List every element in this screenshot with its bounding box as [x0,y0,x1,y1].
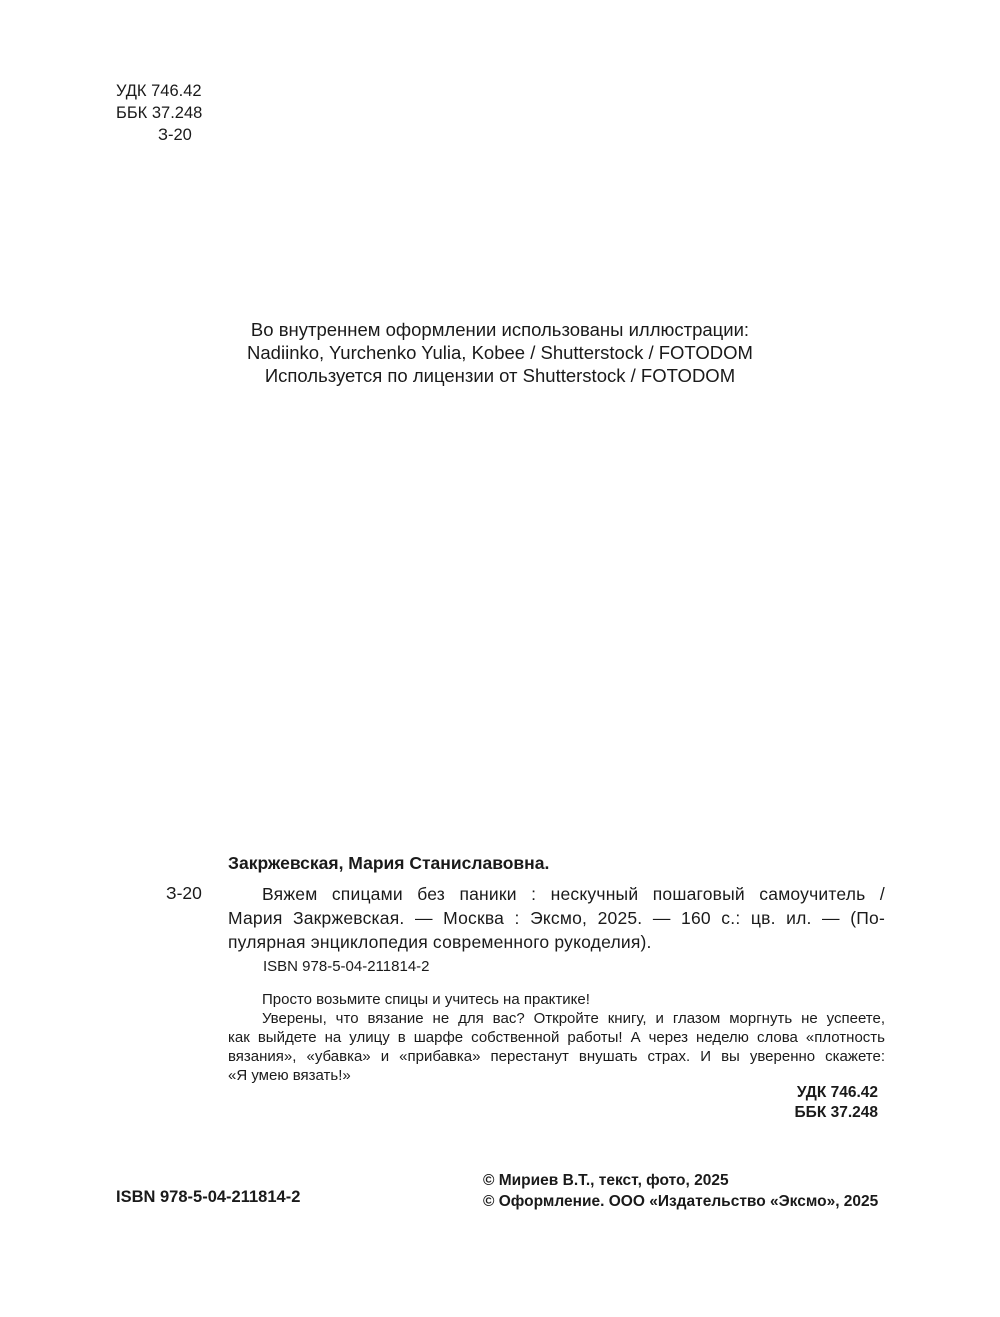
annotation-line: как выйдете на улицу в шарфе собственной… [228,1028,885,1047]
annotation-line: Просто возьмите спицы и учитесь на практ… [228,990,885,1009]
classification-codes-top: УДК 746.42 ББК 37.248 З-20 [116,80,202,146]
udk-code: УДК 746.42 [116,80,202,102]
classification-codes-bottom: УДК 746.42 ББК 37.248 [795,1083,878,1123]
record-line: Вяжем спицами без паники : нескучный пош… [228,882,885,906]
annotation-line: Уверены, что вязание не для вас? Откройт… [228,1009,885,1028]
footer-isbn: ISBN 978-5-04-211814-2 [116,1188,300,1207]
record-line: пулярная энциклопедия современного рукод… [228,930,885,954]
author-heading: Закржевская, Мария Станиславовна. [228,852,549,874]
credits-line: Используется по лицензии от Shutterstock… [0,364,1000,387]
record-line: Мария Закржевская. — Москва : Эксмо, 202… [228,906,885,930]
annotation: Просто возьмите спицы и учитесь на практ… [228,990,885,1085]
copyright-line: © Мириев В.Т., текст, фото, 2025 [483,1170,878,1191]
credits-line: Во внутреннем оформлении использованы ил… [0,318,1000,341]
credits-line: Nadiinko, Yurchenko Yulia, Kobee / Shutt… [0,341,1000,364]
annotation-line: вязания», «убавка» и «прибавка» перестан… [228,1047,885,1066]
cutter-code: З-20 [116,124,202,146]
bbk-code: ББК 37.248 [116,102,202,124]
annotation-line: «Я умею вязать!» [228,1066,885,1085]
bibliographic-record: Вяжем спицами без паники : нескучный пош… [228,882,885,954]
record-isbn: ISBN 978-5-04-211814-2 [263,957,430,977]
bbk-code: ББК 37.248 [795,1103,878,1123]
record-cutter-code: З-20 [166,882,202,904]
udk-code: УДК 746.42 [795,1083,878,1103]
copyright-notice: © Мириев В.Т., текст, фото, 2025 © Оформ… [483,1170,878,1212]
copyright-line: © Оформление. ООО «Издательство «Эксмо»,… [483,1191,878,1212]
illustration-credits: Во внутреннем оформлении использованы ил… [0,318,1000,387]
